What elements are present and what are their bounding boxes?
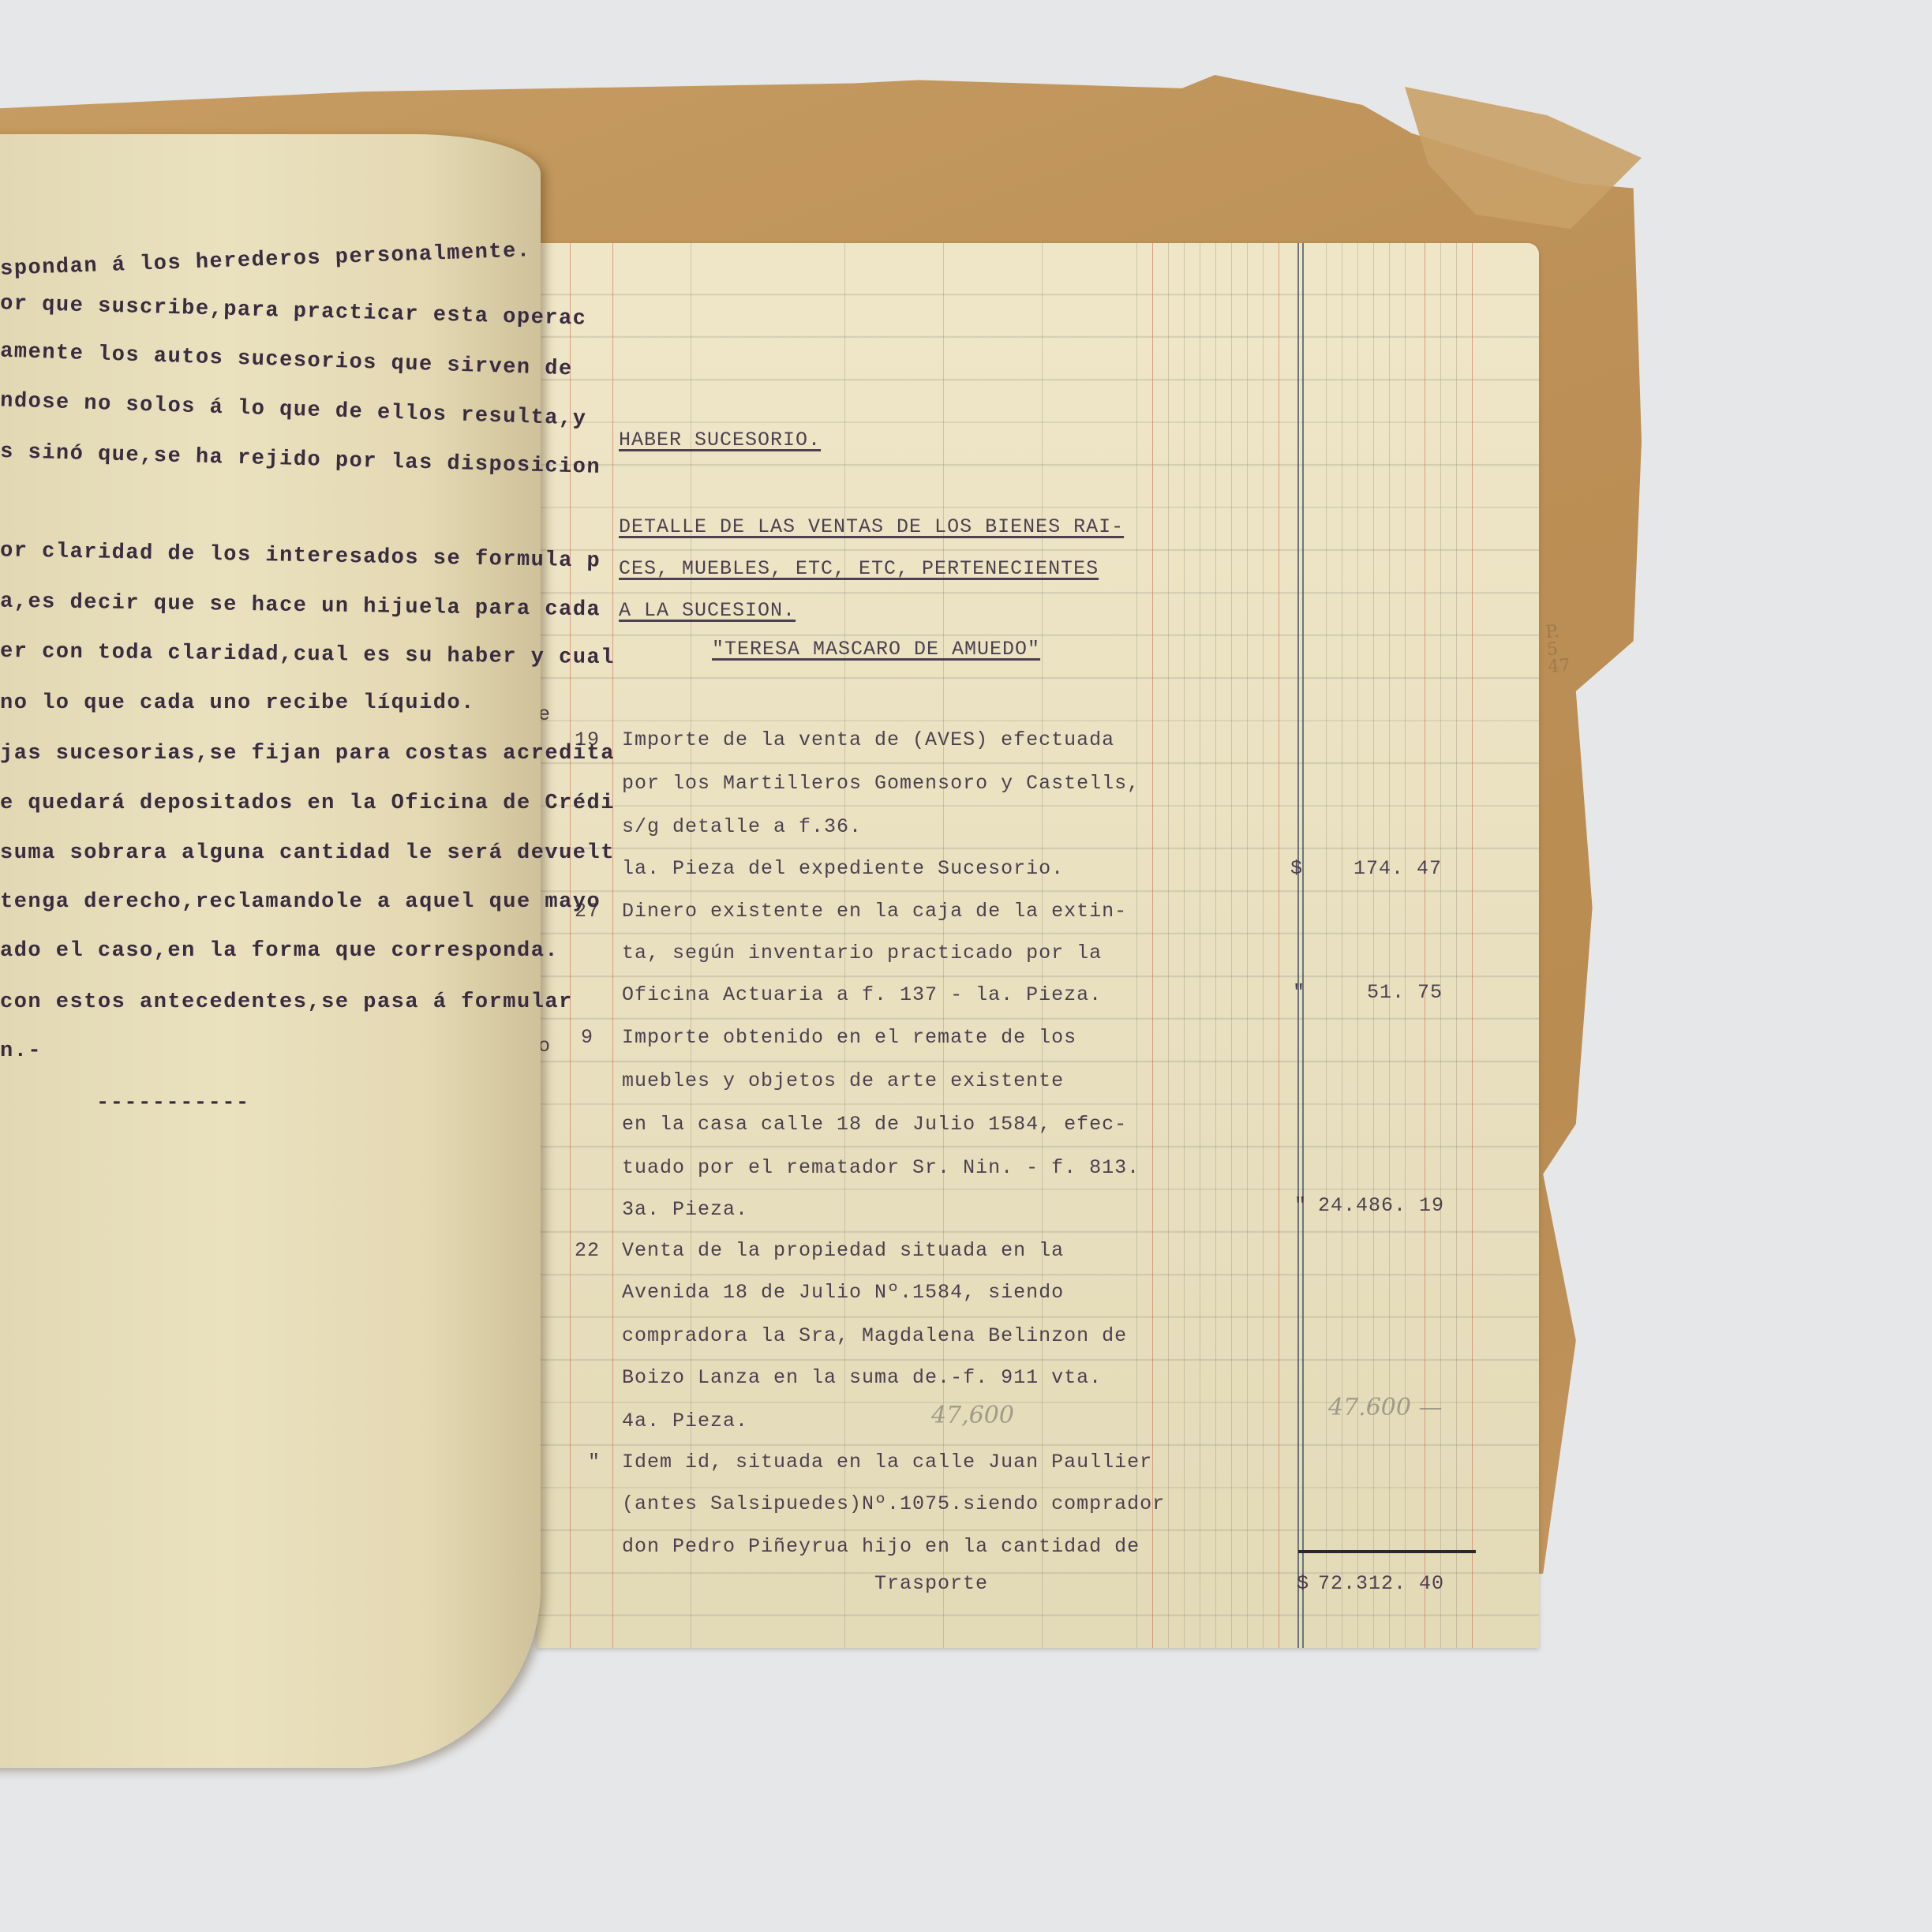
column-rule	[1200, 243, 1200, 1648]
column-rule	[1231, 243, 1232, 1648]
left-page-separator: -----------	[96, 1091, 250, 1115]
left-page-line: con estos antecedentes,se pasa á formula…	[0, 990, 573, 1014]
margin-rule	[570, 243, 571, 1648]
column-rule	[1279, 243, 1279, 1648]
entry-line: Venta de la propiedad situada en la	[622, 1239, 1064, 1262]
column-rule	[1326, 243, 1327, 1648]
entry-amount: 24.486. 19	[1318, 1194, 1444, 1217]
entry-line: 3a. Pieza.	[622, 1198, 748, 1221]
entry-line: ta, según inventario practicado por la	[622, 942, 1102, 964]
left-page-line: amente los autos sucesorios que sirven d…	[0, 340, 573, 382]
total-rule	[1298, 1550, 1476, 1553]
left-page-line: a,es decir que se hace un hijuela para c…	[0, 590, 601, 623]
entry-line: Importe de la venta de (AVES) efectuada	[622, 728, 1114, 751]
column-rule	[1342, 243, 1342, 1648]
ledger-page: HABER SUCESORIO. DETALLE DE LAS VENTAS D…	[537, 243, 1539, 1648]
trasporte-label: Trasporte	[874, 1572, 988, 1595]
entry-line: Avenida 18 de Julio Nº.1584, siendo	[622, 1281, 1064, 1304]
cents-rule	[1425, 243, 1425, 1648]
entry-day: 22	[575, 1239, 600, 1262]
ledger-subtitle-line: DETALLE DE LAS VENTAS DE LOS BIENES RAI-	[619, 515, 1124, 538]
entry-line: tuado por el rematador Sr. Nin. - f. 813…	[622, 1156, 1140, 1179]
left-page-line: n.-	[0, 1039, 42, 1063]
column-rule	[1152, 243, 1153, 1648]
entry-line: don Pedro Piñeyrua hijo en la cantidad d…	[622, 1535, 1140, 1558]
entry-amount: 51. 75	[1367, 981, 1443, 1004]
entry-line: la. Pieza del expediente Sucesorio.	[622, 857, 1064, 880]
ledger-subtitle-line: CES, MUEBLES, ETC, ETC, PERTENECIENTES	[619, 557, 1099, 580]
kraft-pencil-note: P. 5 47	[1545, 623, 1571, 676]
entry-line: Boizo Lanza en la suma de.-f. 911 vta.	[622, 1366, 1102, 1389]
entry-line: muebles y objetos de arte existente	[622, 1069, 1064, 1092]
entry-day: 9	[581, 1026, 593, 1049]
entry-day: "	[588, 1451, 601, 1473]
left-page-line: e quedará depositados en la Oficina de C…	[0, 792, 615, 815]
column-rule	[1136, 243, 1137, 1648]
amount-divider	[1297, 243, 1299, 1648]
amount-divider	[1302, 243, 1304, 1648]
column-rule	[1215, 243, 1216, 1648]
column-rule	[1373, 243, 1374, 1648]
ledger-subtitle-line: A LA SUCESION.	[619, 599, 796, 622]
left-page-line: no lo que cada uno recibe líquido.	[0, 691, 475, 715]
entry-line: compradora la Sra, Magdalena Belinzon de	[622, 1324, 1127, 1347]
column-rule	[1263, 243, 1264, 1648]
left-page-line: suma sobrara alguna cantidad le será dev…	[0, 841, 615, 865]
column-rule	[1247, 243, 1248, 1648]
column-rule	[1357, 243, 1358, 1648]
left-page-line: er con toda claridad,cual es su haber y …	[0, 640, 615, 670]
left-page-line: tenga derecho,reclamandole a aquel que m…	[0, 890, 601, 914]
total-amount: 72.312. 40	[1318, 1572, 1444, 1595]
left-page-line: spondan á los herederos personalmente.	[0, 239, 531, 281]
entry-currency: "	[1294, 1194, 1307, 1217]
left-page-line: ndose no solos á lo que de ellos resulta…	[0, 389, 587, 431]
entry-line: por los Martilleros Gomensoro y Castells…	[622, 772, 1140, 795]
entry-line: Dinero existente en la caja de la extin-	[622, 900, 1127, 923]
left-page-line: or que suscribe,para practicar esta oper…	[0, 292, 587, 331]
column-rule	[1456, 243, 1457, 1648]
day-column-rule	[612, 243, 613, 1648]
estate-name: "TERESA MASCARO DE AMUEDO"	[712, 638, 1040, 661]
left-page-line: jas sucesorias,se fijan para costas acre…	[0, 742, 615, 766]
pencil-amount: 47.600 —	[1328, 1394, 1443, 1421]
column-rule	[1168, 243, 1169, 1648]
column-rule	[1405, 243, 1406, 1648]
entry-line: en la casa calle 18 de Julio 1584, efec-	[622, 1113, 1127, 1136]
column-rule	[1389, 243, 1390, 1648]
entry-line: (antes Salsipuedes)Nº.1075.siendo compra…	[622, 1492, 1165, 1515]
pencil-annotation: 47,600	[931, 1402, 1014, 1429]
entry-line: Idem id, situada en la calle Juan Paulli…	[622, 1451, 1152, 1473]
entry-line: Oficina Actuaria a f. 137 - la. Pieza.	[622, 983, 1102, 1006]
entry-amount: 174. 47	[1354, 857, 1442, 880]
ledger-title: HABER SUCESORIO.	[619, 429, 821, 451]
left-page-line: ado el caso,en la forma que corresponda.	[0, 939, 559, 963]
entry-currency: $	[1290, 857, 1303, 880]
left-page: spondan á los herederos personalmente. o…	[0, 134, 541, 1768]
entry-line: 4a. Pieza.	[622, 1410, 748, 1432]
column-rule	[1440, 243, 1441, 1648]
entry-line: s/g detalle a f.36.	[622, 815, 862, 838]
total-currency: $	[1297, 1572, 1309, 1595]
column-rule	[1184, 243, 1185, 1648]
entry-currency: "	[1293, 981, 1305, 1004]
entry-line: Importe obtenido en el remate de los	[622, 1026, 1076, 1049]
left-page-line: s sinó que,se ha rejido por las disposic…	[0, 440, 601, 480]
left-page-line: or claridad de los interesados se formul…	[0, 539, 601, 573]
column-rule	[1472, 243, 1473, 1648]
